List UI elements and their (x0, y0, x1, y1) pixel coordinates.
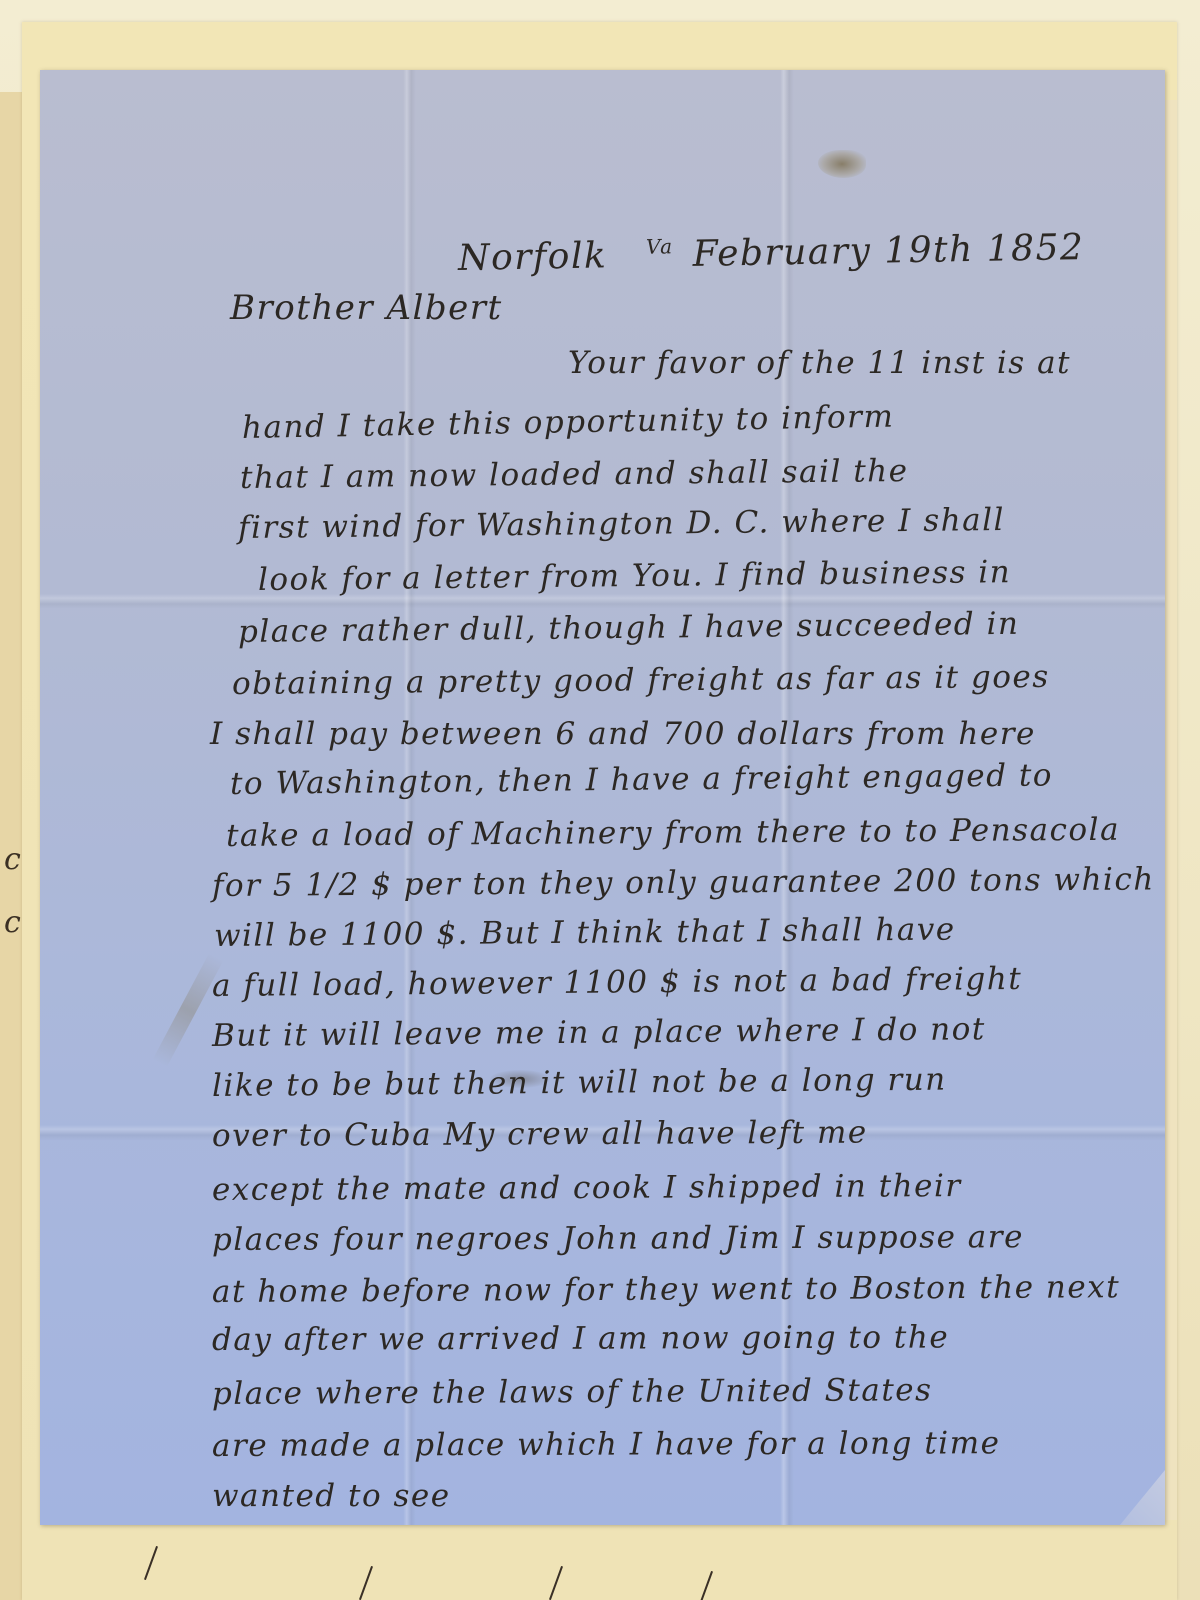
letter-line: for 5 1/2 $ per ton they only guarantee … (212, 861, 1155, 904)
letter-line: a full load, however 1100 $ is not a bad… (212, 961, 1023, 1004)
letter-line: except the mate and cook I shipped in th… (212, 1168, 962, 1208)
letter-line: wanted to see (212, 1478, 451, 1514)
letter-line: But it will leave me in a place where I … (212, 1011, 986, 1054)
heading-date: February 19th 1852 (692, 227, 1084, 275)
letter-line: obtaining a pretty good freight as far a… (232, 659, 1050, 702)
letter-line: at home before now for they went to Bost… (212, 1269, 1120, 1310)
letter-line: place where the laws of the United State… (212, 1372, 933, 1412)
margin-mark: c (4, 842, 21, 877)
margin-mark: c (4, 905, 21, 940)
letter-line: will be 1100 $. But I think that I shall… (214, 912, 956, 954)
letter-line: Your favor of the 11 inst is at (568, 345, 1071, 381)
letter-line: that I am now loaded and shall sail the (240, 453, 909, 496)
heading-state: Va (646, 234, 674, 258)
letter-line: day after we arrived I am now going to t… (212, 1319, 949, 1358)
document-photo: c c Norfolk Va February 19th 1852 Brothe… (0, 0, 1200, 1600)
letter-line: I shall pay between 6 and 700 dollars fr… (210, 716, 1036, 752)
salutation: Brother Albert (230, 288, 503, 328)
heading-place: Norfolk (458, 235, 608, 279)
letter-line: are made a place which I have for a long… (212, 1425, 1001, 1464)
letter-line: like to be but then it will not be a lon… (212, 1062, 947, 1104)
letter-line: places four negroes John and Jim I suppo… (212, 1219, 1024, 1258)
ink-stain (818, 150, 866, 178)
letter-line: take a load of Machinery from there to t… (226, 812, 1120, 854)
letter-line: over to Cuba My crew all have left me (212, 1115, 868, 1154)
